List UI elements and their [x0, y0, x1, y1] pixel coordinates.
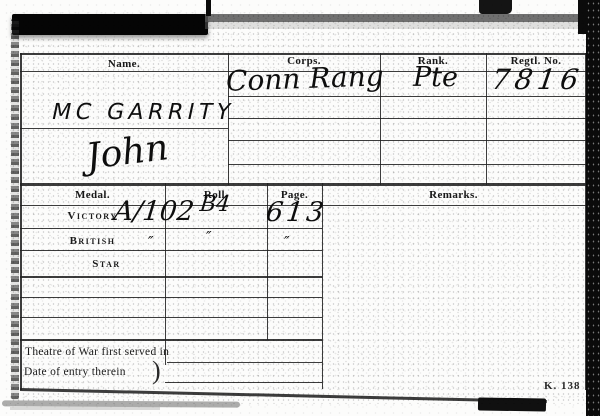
british-roll-suffix-ditto-mark: ″	[206, 228, 212, 246]
forename-entry: John	[84, 127, 171, 178]
grid-line-victory-under	[20, 228, 322, 229]
grid-line-rank-regtl	[486, 53, 487, 185]
scan-artifact-top-bar-gray	[205, 14, 588, 22]
victory-roll-entry: A/102B4	[112, 196, 231, 227]
scan-artifact-top-bar-shadow	[205, 22, 588, 29]
british-page-ditto-mark: ″	[284, 233, 290, 251]
medal-row-label-british: British	[20, 235, 165, 247]
grid-line-british-under	[20, 250, 322, 251]
date-of-entry-label: Date of entry therein	[24, 366, 126, 378]
grid-line-medal-top	[20, 183, 586, 186]
grid-line-name-mid	[20, 128, 228, 129]
medal-row-label-star: Star	[34, 258, 179, 270]
victory-roll-number: A/102	[112, 196, 195, 227]
scan-artifact-bottom-blob	[478, 397, 546, 411]
grid-line-star-under	[20, 276, 322, 278]
grid-line-corps-3	[228, 140, 586, 141]
grid-line-blank-1	[20, 297, 322, 298]
grid-line-theatre-answer	[167, 362, 322, 363]
grid-line-blank-3	[20, 339, 322, 341]
corps-entry: Conn Rang	[225, 59, 384, 97]
victory-roll-suffix: B4	[199, 192, 232, 217]
victory-page-entry: 613	[264, 197, 328, 228]
rank-entry: Pte	[413, 62, 458, 93]
surname-entry: MC GARRITY	[49, 100, 237, 125]
form-number: K. 138	[544, 380, 581, 392]
scan-artifact-top-right-blob	[479, 0, 512, 14]
british-roll-ditto-mark: ″	[148, 233, 154, 251]
scan-artifact-right-edge-band	[586, 0, 600, 416]
medal-index-card-scan: Name. Corps. Rank. Regtl. No. Medal. Rol…	[0, 0, 600, 416]
scan-artifact-left-edge-strip	[11, 18, 19, 400]
grid-line-corps-4	[228, 164, 586, 165]
column-header-remarks: Remarks.	[322, 189, 585, 201]
column-header-name: Name.	[20, 58, 228, 70]
regtl-no-entry: 7816	[490, 63, 586, 96]
grid-line-corps-2	[228, 118, 586, 119]
footer-bracket: )	[152, 356, 161, 386]
grid-line-blank-2	[20, 317, 322, 318]
scan-artifact-top-tick	[206, 0, 211, 16]
scan-artifact-top-bar	[12, 14, 208, 35]
grid-line-corps-1	[228, 96, 586, 97]
grid-line-date-answer	[165, 382, 322, 383]
theatre-of-war-label: Theatre of War first served in	[25, 346, 169, 358]
scan-artifact-bottom-smudge-2	[10, 407, 160, 410]
